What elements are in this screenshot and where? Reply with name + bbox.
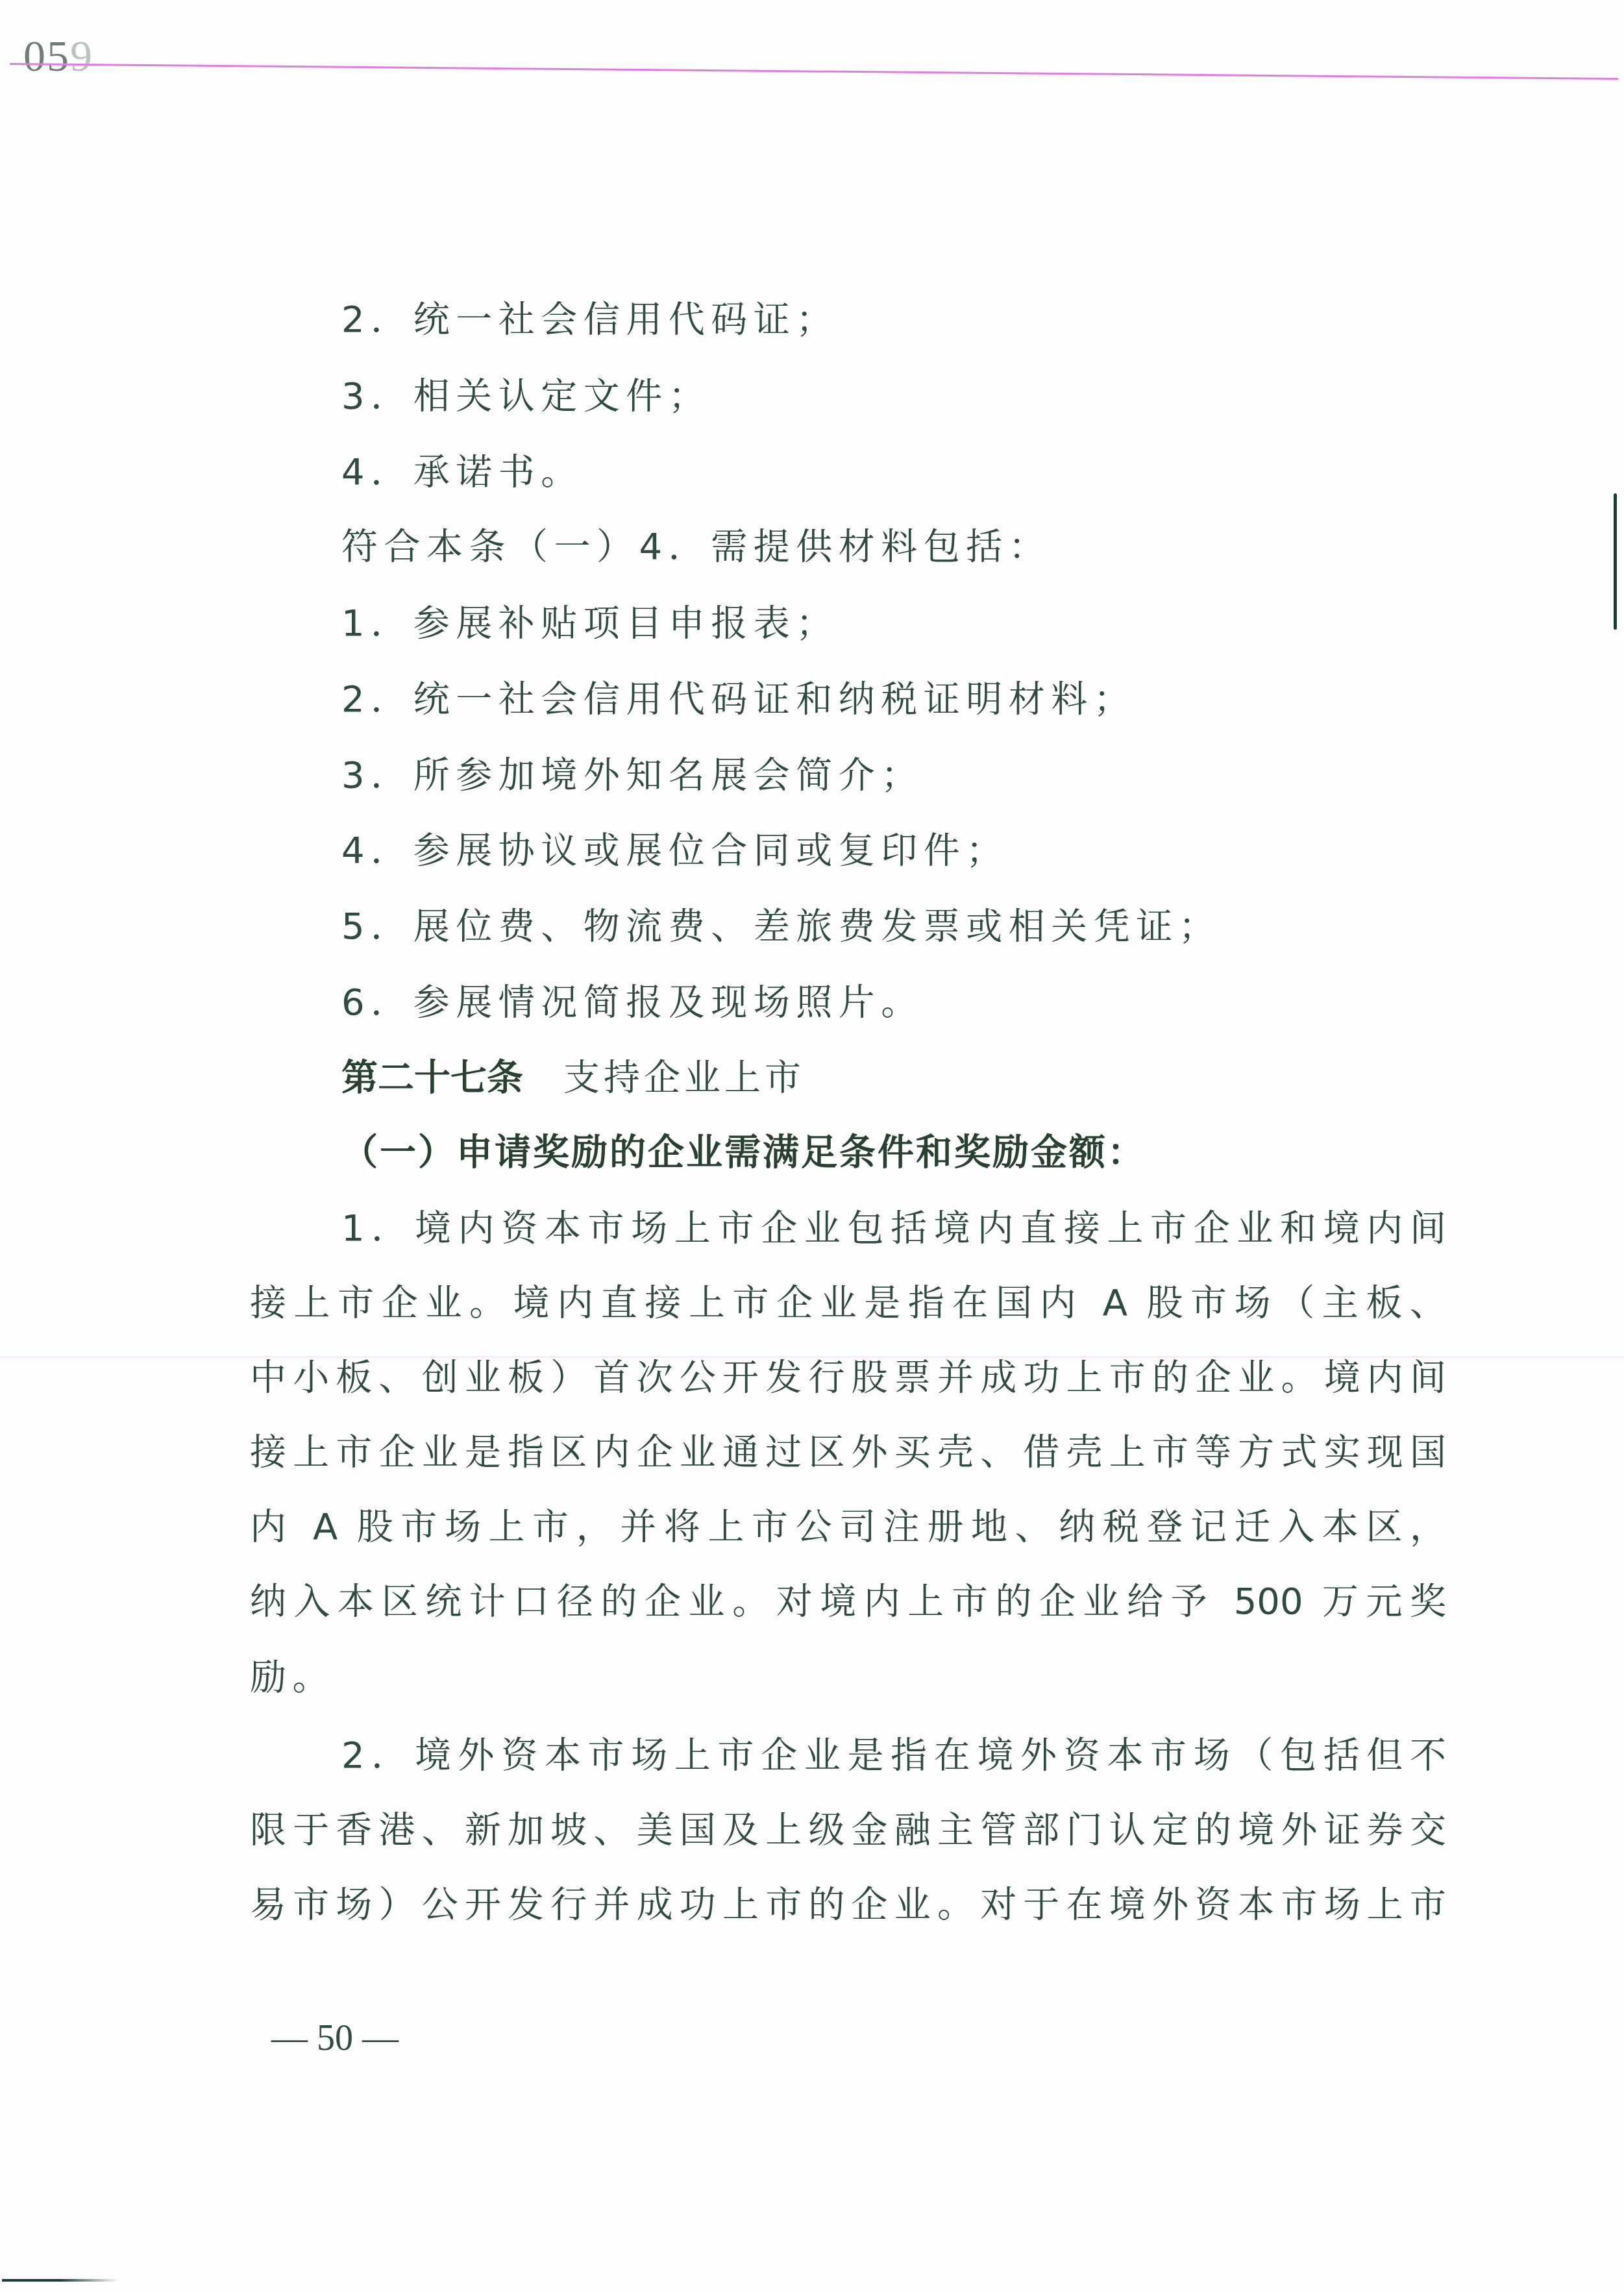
document-page: 059 2．统一社会信用代码证； 3．相关认定文件； 4．承诺书。 符合本条（一…	[0, 0, 1624, 2292]
binding-mark	[1614, 493, 1617, 630]
page-stamp: 059	[23, 34, 93, 78]
list-item: 5．展位费、物流费、差旅费发票或相关凭证；	[341, 907, 1221, 946]
paragraph-line: 1．境内资本市场上市企业包括境内直接上市企业和境内间	[341, 1209, 1446, 1248]
list-item: 3．所参加境外知名展会简介；	[341, 756, 924, 795]
page-stamp-digits: 05	[23, 31, 70, 80]
paragraph-line: 励。	[250, 1658, 335, 1697]
list-item: 3．相关认定文件；	[341, 377, 711, 416]
list-item: 1．参展补贴项目申报表；	[341, 604, 839, 643]
list-item: 6．参展情况简报及现场照片。	[341, 983, 924, 1022]
list-item: 2．统一社会信用代码证和纳税证明材料；	[341, 680, 1136, 719]
list-intro: 符合本条（一）4．需提供材料包括：	[341, 528, 1051, 567]
subsection-heading: （一）申请奖励的企业需满足条件和奖励金额：	[341, 1133, 1146, 1172]
paragraph-line: 纳入本区统计口径的企业。对境内上市的企业给予 500 万元奖	[250, 1583, 1446, 1621]
paragraph-line: 内 A 股市场上市，并将上市公司注册地、纳税登记迁入本区，	[250, 1508, 1446, 1547]
list-item: 4．承诺书。	[341, 453, 584, 492]
paragraph-line: 限于香港、新加坡、美国及上级金融主管部门认定的境外证券交	[250, 1811, 1446, 1850]
article-number: 第二十七条	[341, 1057, 523, 1099]
list-item: 4．参展协议或展位合同或复印件；	[341, 832, 1009, 870]
article-title: 支持企业上市	[563, 1057, 805, 1099]
article-heading: 第二十七条支持企业上市	[341, 1059, 805, 1098]
list-item: 2．统一社会信用代码证；	[341, 301, 839, 339]
page-stamp-faded-digit: 9	[70, 31, 93, 80]
page-number: — 50 —	[271, 2020, 399, 2056]
paragraph-line: 接上市企业。境内直接上市企业是指在国内 A 股市场（主板、	[250, 1284, 1446, 1323]
paragraph-line: 2．境外资本市场上市企业是指在境外资本市场（包括但不	[341, 1736, 1446, 1775]
paragraph-line: 接上市企业是指区内企业通过区外买壳、借壳上市等方式实现国	[250, 1433, 1446, 1472]
paragraph-line: 中小板、创业板）首次公开发行股票并成功上市的企业。境内间	[250, 1359, 1446, 1398]
header-rule	[10, 63, 1618, 80]
scan-edge-bar	[2, 2279, 119, 2282]
paragraph-line: 易市场）公开发行并成功上市的企业。对于在境外资本市场上市	[250, 1886, 1446, 1925]
